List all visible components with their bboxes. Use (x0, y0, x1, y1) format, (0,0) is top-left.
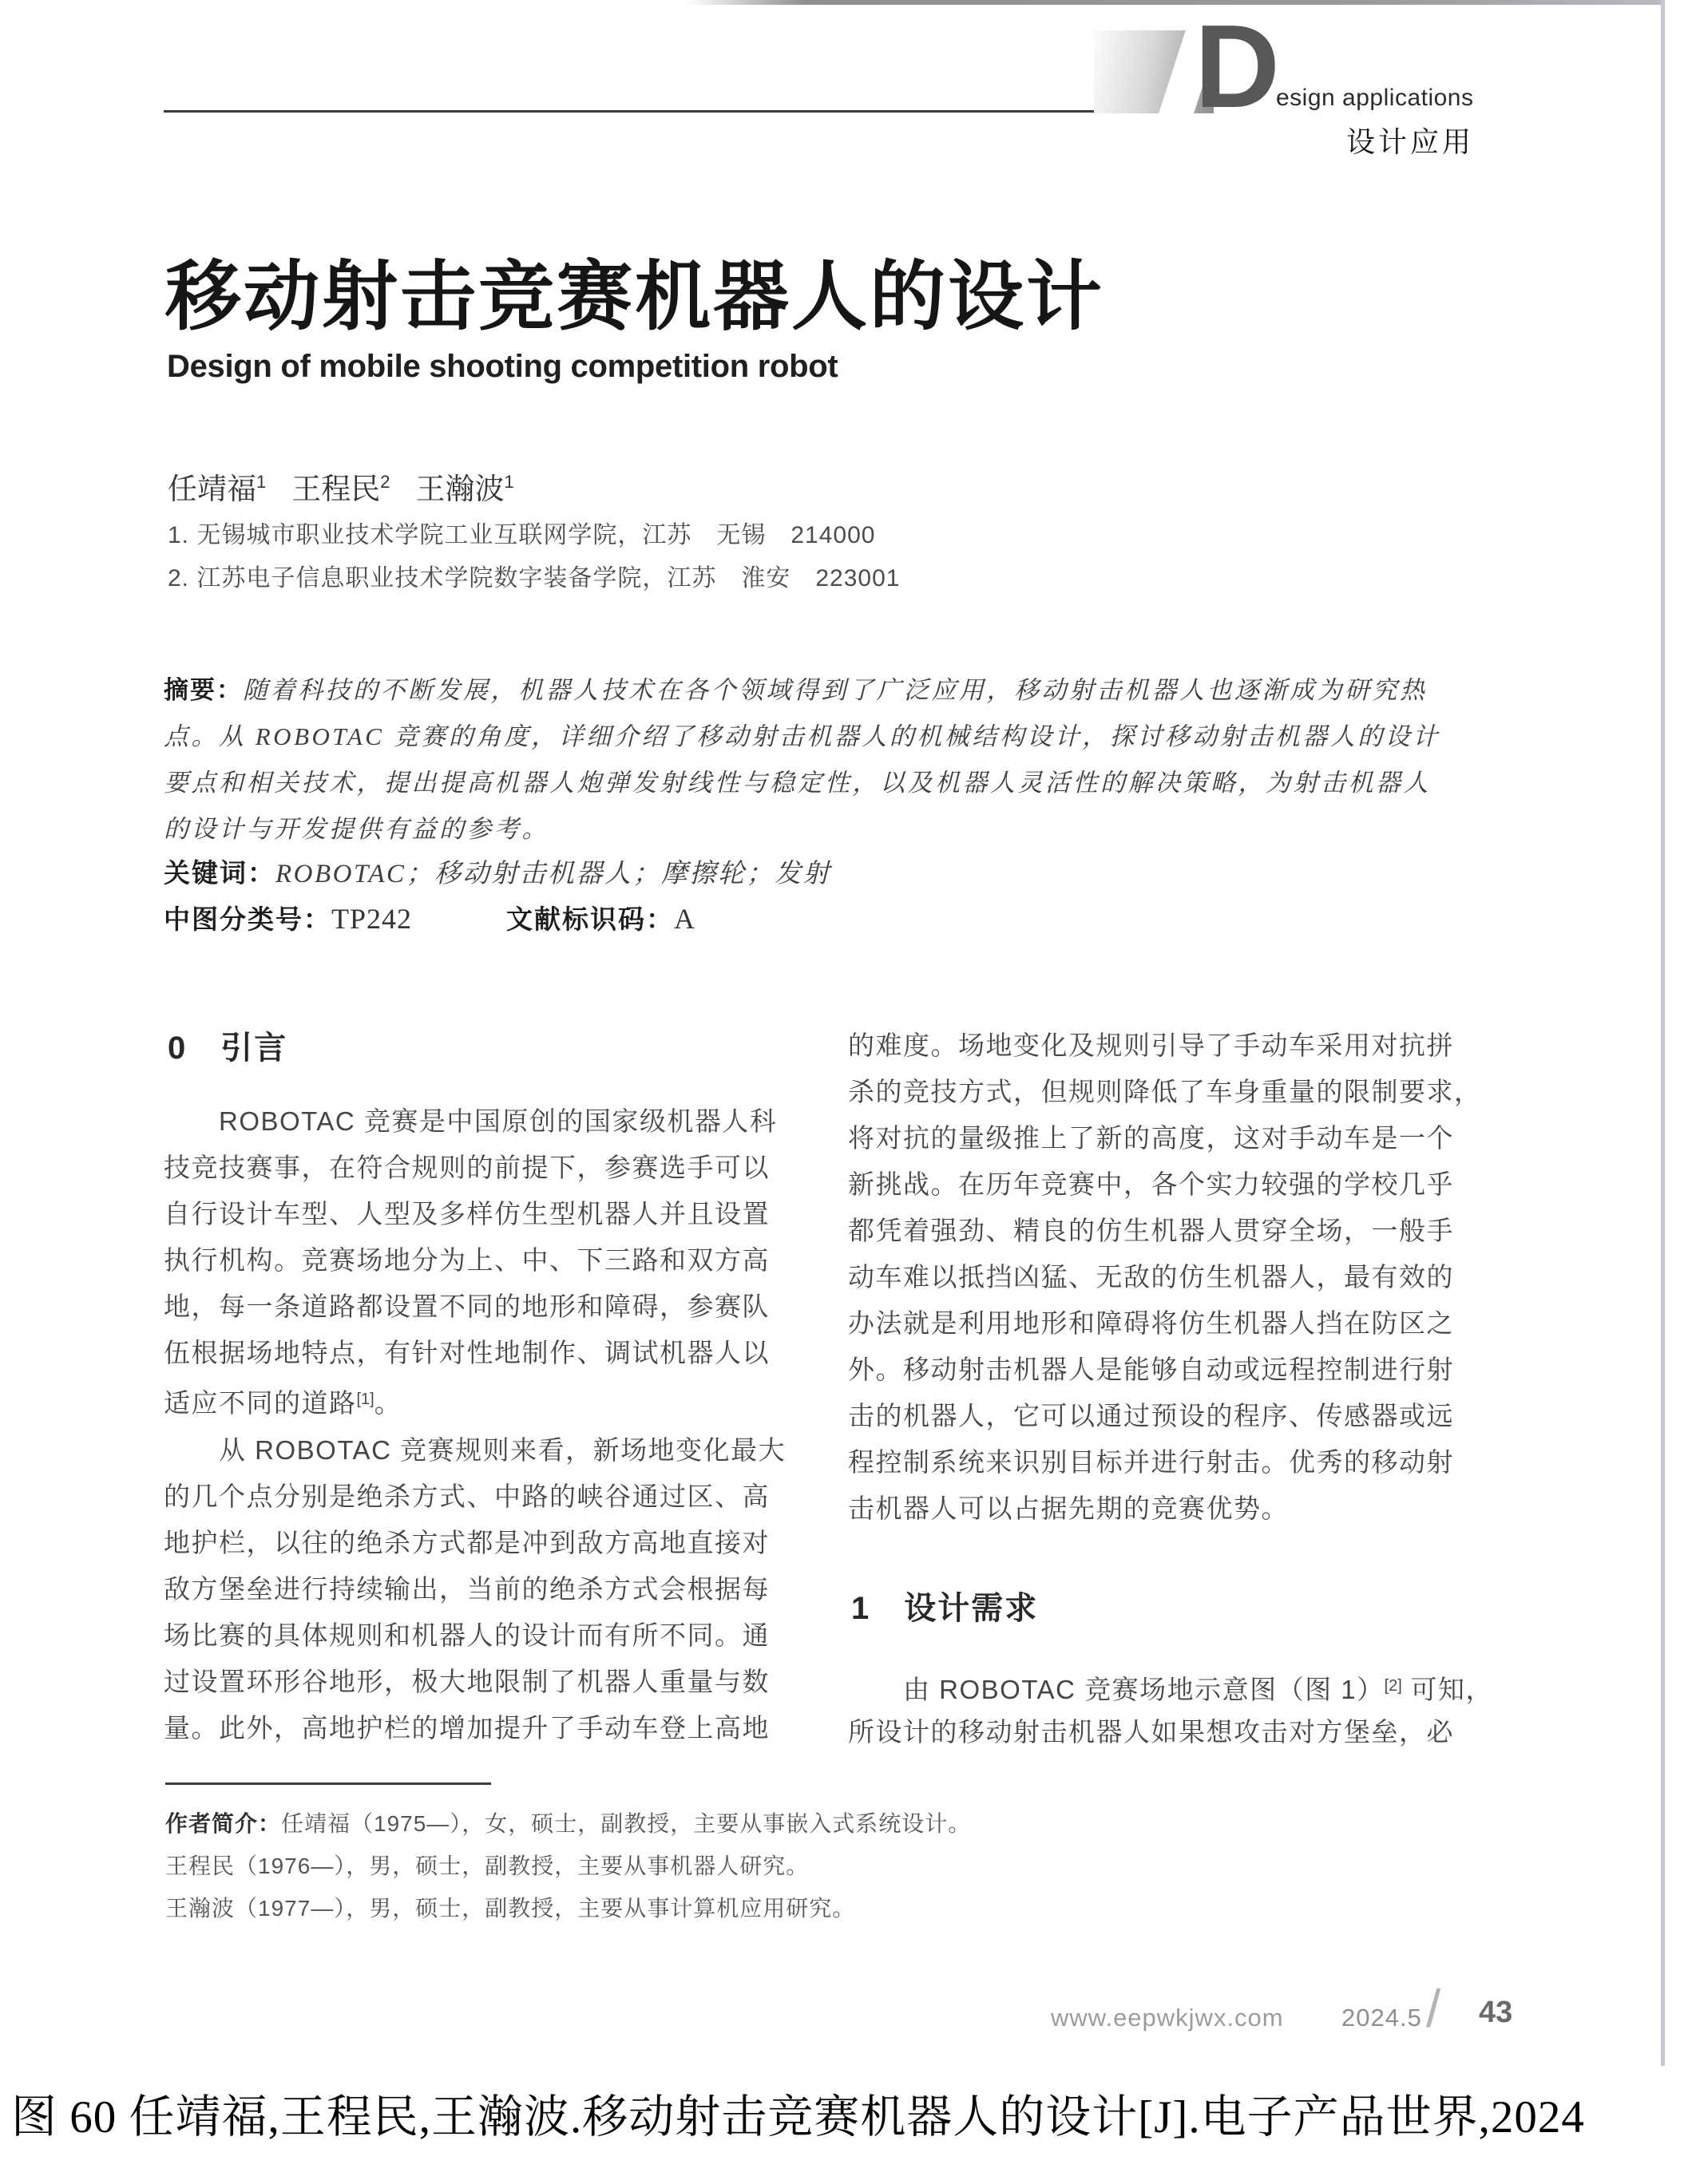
affiliation-1: 1. 无锡城市职业技术学院工业互联网学院，江苏 无锡 214000 (168, 515, 875, 550)
figure-citation-caption: 图 60 任靖福,王程民,王瀚波.移动射击竞赛机器人的设计[J].电子产品世界,… (11, 2080, 1680, 2146)
left-column-paragraph-1-last-line: 适应不同的道路[1]。 (164, 1376, 402, 1426)
keywords-label: 关键词： (164, 858, 275, 888)
text-line: 从 ROBOTAC 竞赛规则来看，新场地变化最大 (164, 1427, 810, 1474)
section-name-en: esign applications (1276, 85, 1474, 112)
header-rule (164, 110, 1094, 113)
abstract-line: 要点和相关技术，提出提高机器人炮弹发射线性与稳定性，以及机器人灵活性的解决策略，… (164, 760, 1505, 806)
journal-website: www.eepwkjwx.com (1051, 2004, 1284, 2032)
scanned-journal-page: D esign applications 设计应用 移动射击竞赛机器人的设计 D… (0, 0, 1684, 2075)
text-line: 过设置环形谷地形，极大地限制了机器人重量与数 (164, 1659, 810, 1705)
right-column-continuation: 的难度。场地变化及规则引导了手动车采用对抗拼杀的竞技方式，但规则降低了车身重量的… (848, 1023, 1495, 1532)
bio-line-2: 王程民（1976—），男，硕士，副教授，主要从事机器人研究。 (165, 1845, 971, 1887)
text-line: 执行机构。竞赛场地分为上、中、下三路和双方高 (164, 1237, 810, 1284)
text-line: 都凭着强劲、精良的仿生机器人贯穿全场，一般手 (848, 1208, 1495, 1254)
article-title-en: Design of mobile shooting competition ro… (167, 349, 838, 385)
issue-number: 2024.5 (1341, 2004, 1422, 2032)
bio-label: 作者简介： (165, 1811, 281, 1836)
page-right-edge-line (1661, 0, 1665, 2066)
keywords-line: 关键词：ROBOTAC；移动射击机器人；摩擦轮；发射 (164, 853, 831, 890)
text-line: 自行设计车型、人型及多样仿生型机器人并且设置 (164, 1191, 810, 1237)
article-title-cn: 移动射击竞赛机器人的设计 (165, 236, 1104, 345)
text-line: 将对抗的量级推上了新的高度，这对手动车是一个 (848, 1115, 1495, 1161)
clc-label: 中图分类号： (164, 904, 331, 934)
abstract-line: 摘要：随着科技的不断发展，机器人技术在各个领域得到了广泛应用，移动射击机器人也逐… (164, 667, 1505, 714)
author-2-affil-mark: 2 (380, 472, 390, 492)
author-1: 任靖福1 (168, 465, 266, 508)
reference-mark-2: [2] (1385, 1677, 1402, 1695)
text-line: 击的机器人，它可以通过预设的程序、传感器或远 (848, 1393, 1495, 1439)
left-column-paragraph-2: 从 ROBOTAC 竞赛规则来看，新场地变化最大的几个点分别是绝杀方式、中路的峡… (164, 1427, 810, 1751)
text-line: 量。此外，高地护栏的增加提升了手动车登上高地 (164, 1705, 810, 1751)
author-2: 王程民2 (291, 465, 390, 508)
bio-line-1: 作者简介：任靖福（1975—），女，硕士，副教授，主要从事嵌入式系统设计。 (165, 1802, 971, 1845)
section-name-cn: 设计应用 (1346, 120, 1474, 160)
doc-code-label: 文献标识码： (506, 904, 674, 934)
text-line: 办法就是利用地形和障碍将仿生机器人挡在防区之 (848, 1300, 1495, 1347)
classification-line: 中图分类号：TP242文献标识码：A (164, 899, 695, 936)
section-heading-1: 1 设计需求 (851, 1583, 1038, 1628)
text-line: ROBOTAC 竞赛是中国原创的国家级机器人科 (164, 1098, 810, 1145)
reference-mark-1: [1] (357, 1391, 374, 1408)
text-line: 地护栏，以往的绝杀方式都是冲到敌方高地直接对 (164, 1520, 810, 1566)
abstract-label: 摘要： (164, 676, 243, 704)
page-number: 43 (1479, 1996, 1512, 2030)
clc-value: TP242 (331, 903, 412, 935)
footer-slash: / (1426, 1978, 1440, 2039)
text-line: 技竞技赛事，在符合规则的前提下，参赛选手可以 (164, 1145, 810, 1191)
author-bio: 作者简介：任靖福（1975—），女，硕士，副教授，主要从事嵌入式系统设计。 王程… (165, 1802, 971, 1929)
bio-line-3: 王瀚波（1977—），男，硕士，副教授，主要从事计算机应用研究。 (165, 1887, 971, 1929)
bio-divider-rule (165, 1782, 491, 1785)
keywords-content: ROBOTAC；移动射击机器人；摩擦轮；发射 (275, 860, 831, 888)
abstract-line: 的设计与开发提供有益的参考。 (164, 806, 1505, 853)
right-column-paragraph-line-2: 所设计的移动射击机器人如果想攻击对方堡垒，必 (848, 1709, 1454, 1755)
author-list: 任靖福1 王程民2 王瀚波1 (168, 465, 514, 508)
text-line: 场比赛的具体规则和机器人的设计而有所不同。通 (164, 1612, 810, 1659)
section-banner-letter: D (1195, 8, 1280, 126)
text-line: 新挑战。在历年竞赛中，各个实力较强的学校几乎 (848, 1161, 1495, 1208)
text-line: 的几个点分别是绝杀方式、中路的峡谷通过区、高 (164, 1474, 810, 1520)
author-3-affil-mark: 1 (505, 472, 514, 492)
text-line: 地，每一条道路都设置不同的地形和障碍，参赛队 (164, 1284, 810, 1330)
author-3: 王瀚波1 (416, 465, 514, 508)
doc-code-value: A (674, 903, 695, 935)
text-line: 击机器人可以占据先期的竞赛优势。 (848, 1486, 1495, 1532)
text-line: 杀的竞技方式，但规则降低了车身重量的限制要求， (848, 1069, 1495, 1115)
abstract: 摘要：随着科技的不断发展，机器人技术在各个领域得到了广泛应用，移动射击机器人也逐… (164, 667, 1505, 853)
abstract-line: 点。从 ROBOTAC 竞赛的角度，详细介绍了移动射击机器人的机械结构设计，探讨… (164, 714, 1505, 760)
text-line: 动车难以抵挡凶猛、无敌的仿生机器人，最有效的 (848, 1254, 1495, 1300)
text-line: 外。移动射击机器人是能够自动或远程控制进行射 (848, 1347, 1495, 1393)
right-column-paragraph-first-line: 由 ROBOTAC 竞赛场地示意图（图 1）[2] 可知， (848, 1663, 1493, 1713)
text-line: 程控制系统来识别目标并进行射击。优秀的移动射 (848, 1439, 1495, 1486)
affiliation-2: 2. 江苏电子信息职业技术学院数字装备学院，江苏 淮安 223001 (168, 558, 900, 593)
page-top-edge-line (687, 0, 1663, 5)
text-line: 的难度。场地变化及规则引导了手动车采用对抗拼 (848, 1023, 1495, 1069)
section-heading-0: 0 引言 (168, 1023, 287, 1068)
left-column-paragraph-1: ROBOTAC 竞赛是中国原创的国家级机器人科技竞技赛事，在符合规则的前提下，参… (164, 1098, 810, 1376)
text-line: 伍根据场地特点，有针对性地制作、调试机器人以 (164, 1330, 810, 1376)
author-1-affil-mark: 1 (256, 472, 266, 492)
text-line: 敌方堡垒进行持续输出，当前的绝杀方式会根据每 (164, 1566, 810, 1612)
